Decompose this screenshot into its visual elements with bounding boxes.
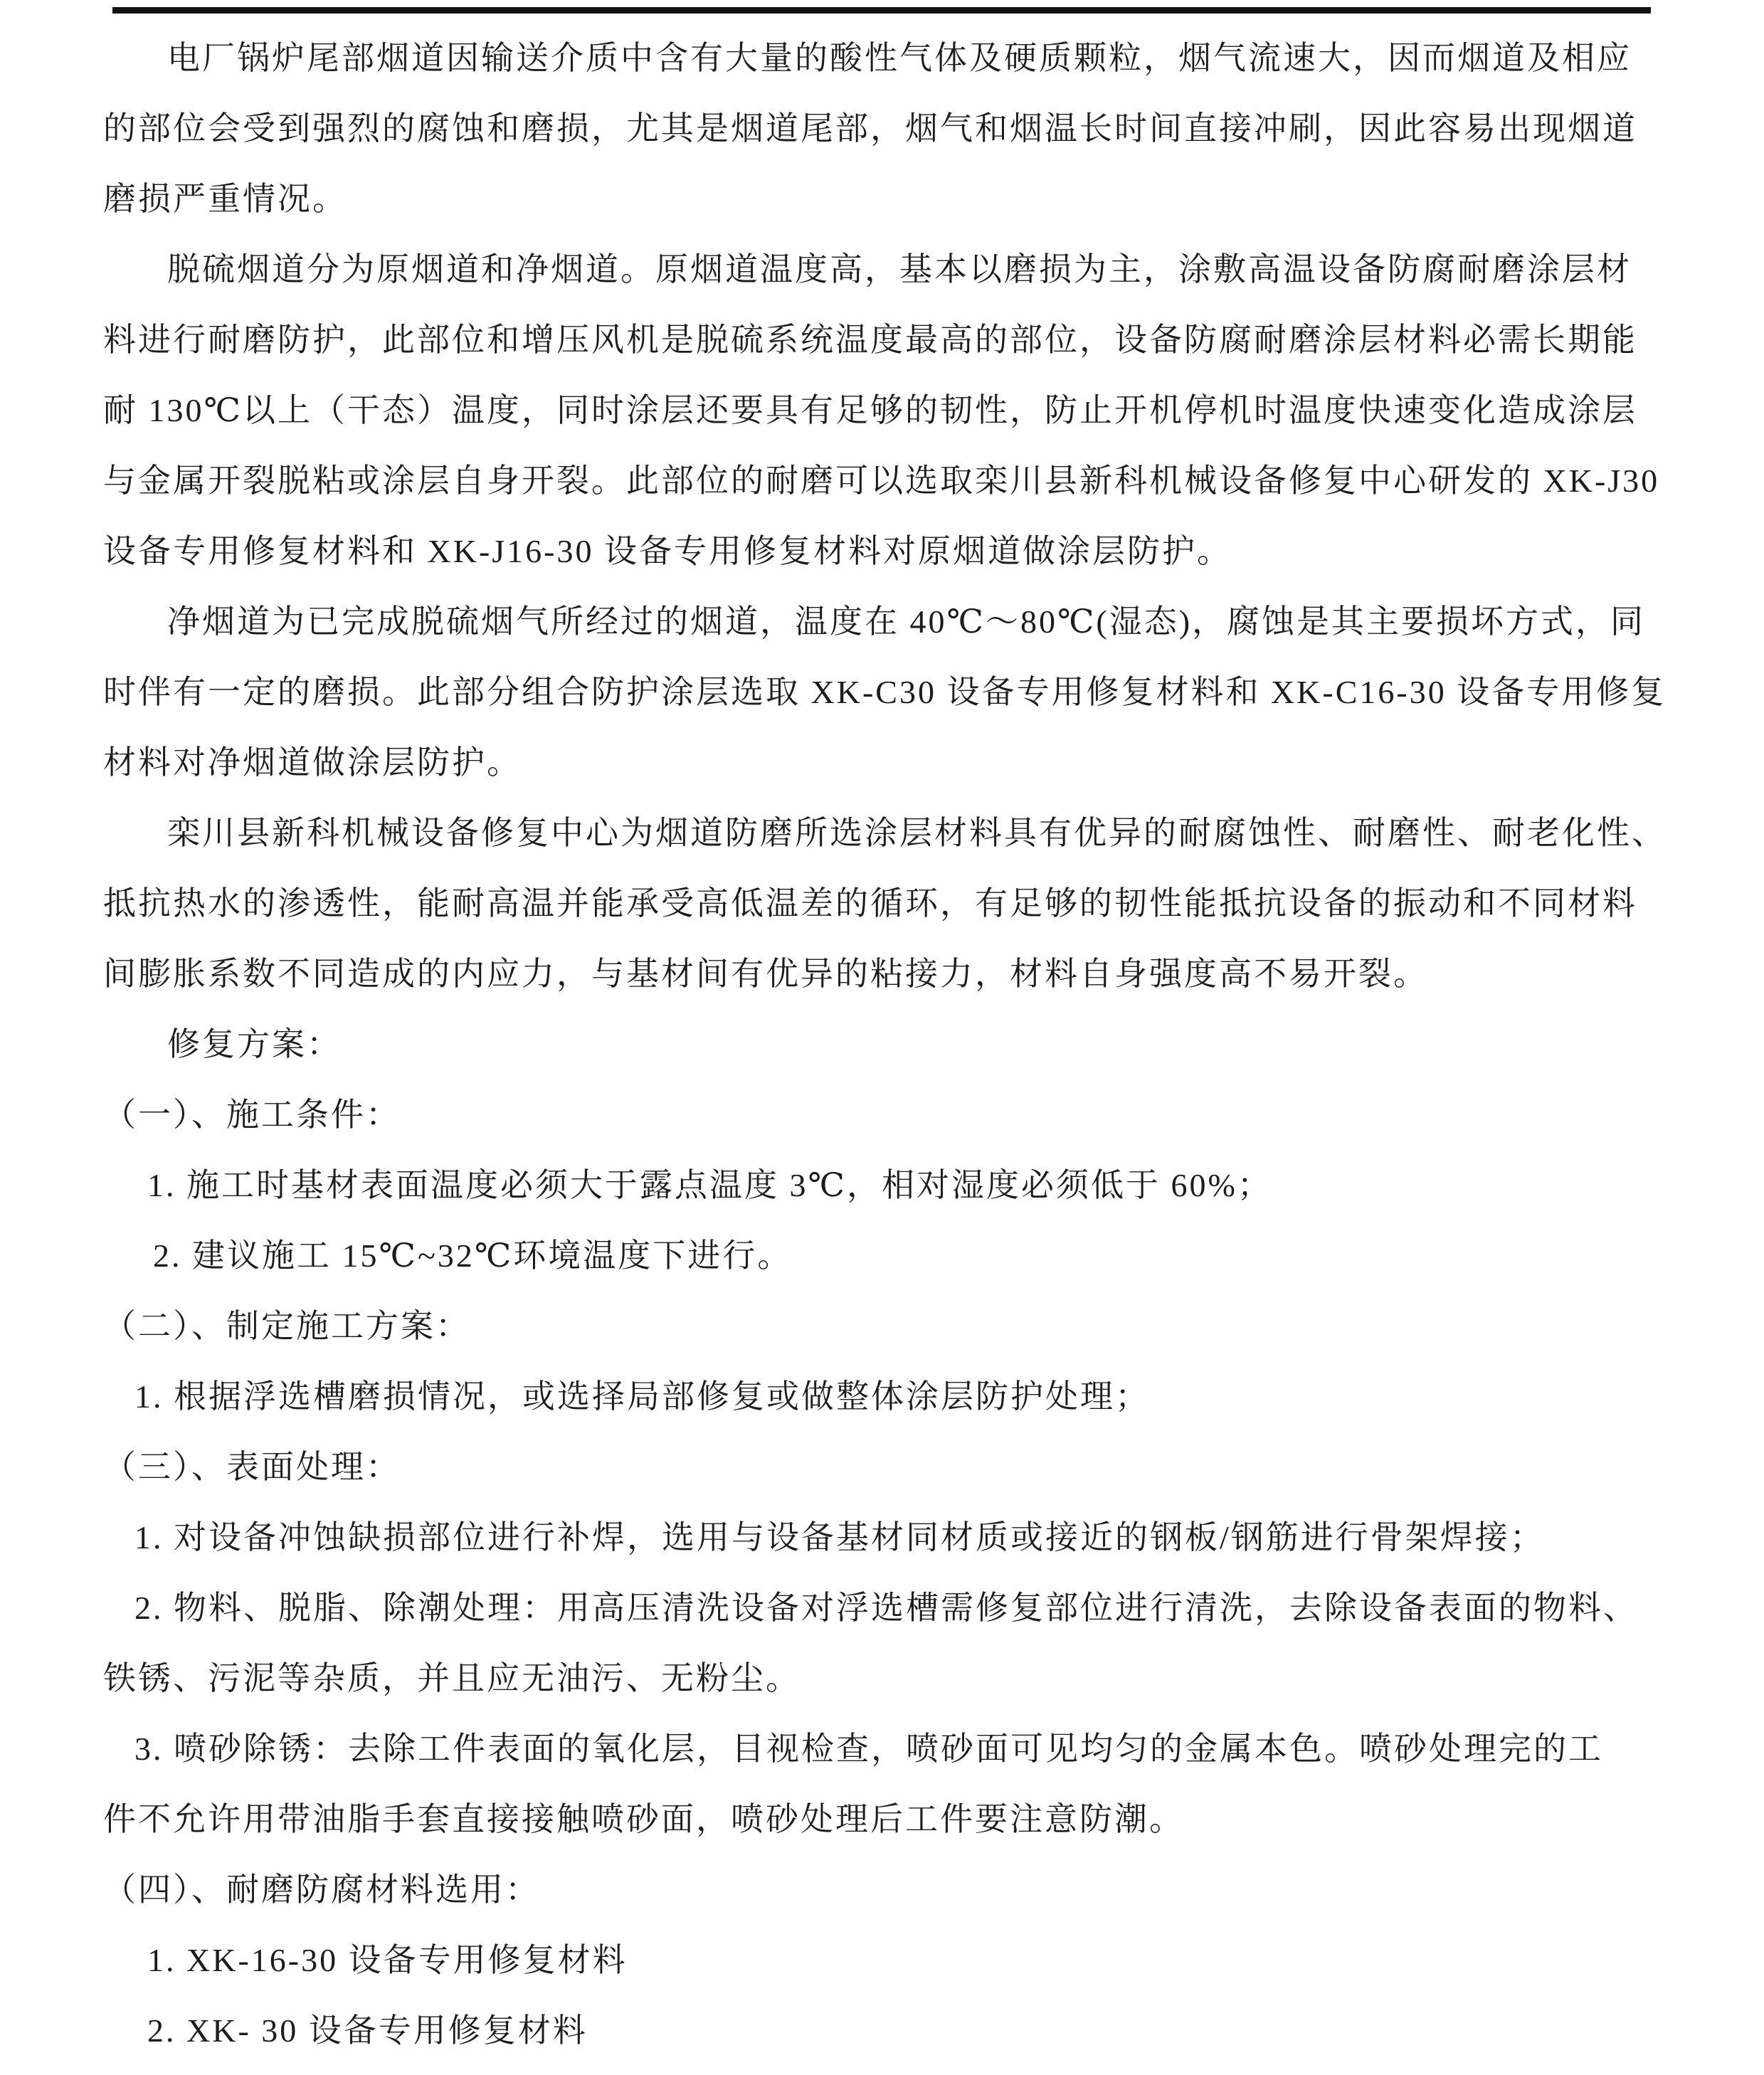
- text-line: 电厂锅炉尾部烟道因输送介质中含有大量的酸性气体及硬质颗粒，烟气流速大，因而烟道及…: [103, 23, 1669, 93]
- text-line: 栾川县新科机械设备修复中心为烟道防磨所选涂层材料具有优异的耐腐蚀性、耐磨性、耐老…: [103, 798, 1669, 868]
- text-line: 间膨胀系数不同造成的内应力，与基材间有优异的粘接力，材料自身强度高不易开裂。: [103, 939, 1669, 1009]
- text-line: 设备专用修复材料和 XK-J16-30 设备专用修复材料对原烟道做涂层防护。: [103, 516, 1669, 586]
- text-line: 磨损严重情况。: [103, 164, 1669, 234]
- text-line: 净烟道为已完成脱硫烟气所经过的烟道，温度在 40℃～80℃(湿态)，腐蚀是其主要…: [103, 586, 1669, 657]
- text-line: 材料对净烟道做涂层防护。: [103, 727, 1669, 798]
- text-line: 件不允许用带油脂手套直接接触喷砂面，喷砂处理后工件要注意防潮。: [103, 1784, 1669, 1854]
- text-line: 抵抗热水的渗透性，能耐高温并能承受高低温差的循环，有足够的韧性能抵抗设备的振动和…: [103, 868, 1669, 939]
- text-line: 2. XK- 30 设备专用修复材料: [103, 1995, 1669, 2066]
- text-line: 1. 对设备冲蚀缺损部位进行补焊，选用与设备基材同材质或接近的钢板/钢筋进行骨架…: [103, 1502, 1669, 1573]
- text-line: 修复方案：: [103, 1009, 1669, 1079]
- header-rule: [112, 7, 1651, 14]
- text-line: 1. 根据浮选槽磨损情况，或选择局部修复或做整体涂层防护处理；: [103, 1361, 1669, 1432]
- text-line: 耐 130℃以上（干态）温度，同时涂层还要具有足够的韧性，防止开机停机时温度快速…: [103, 375, 1669, 445]
- text-line: （三）、表面处理：: [103, 1432, 1669, 1502]
- text-line: 1. 施工时基材表面温度必须大于露点温度 3℃，相对湿度必须低于 60%；: [103, 1150, 1669, 1220]
- text-line: 脱硫烟道分为原烟道和净烟道。原烟道温度高，基本以磨损为主，涂敷高温设备防腐耐磨涂…: [103, 234, 1669, 305]
- text-line: 3. 喷砂除锈：去除工件表面的氧化层，目视检查，喷砂面可见均匀的金属本色。喷砂处…: [103, 1714, 1669, 1784]
- text-line: （一）、施工条件：: [103, 1079, 1669, 1150]
- text-line: 与金属开裂脱粘或涂层自身开裂。此部位的耐磨可以选取栾川县新科机械设备修复中心研发…: [103, 445, 1669, 516]
- text-line: 铁锈、污泥等杂质，并且应无油污、无粉尘。: [103, 1643, 1669, 1714]
- text-line: 时伴有一定的磨损。此部分组合防护涂层选取 XK-C30 设备专用修复材料和 XK…: [103, 657, 1669, 727]
- text-line: （四）、耐磨防腐材料选用：: [103, 1854, 1669, 1925]
- document-page: 电厂锅炉尾部烟道因输送介质中含有大量的酸性气体及硬质颗粒，烟气流速大，因而烟道及…: [0, 0, 1764, 2075]
- text-line: 的部位会受到强烈的腐蚀和磨损，尤其是烟道尾部，烟气和烟温长时间直接冲刷，因此容易…: [103, 93, 1669, 164]
- text-line: 2. 物料、脱脂、除潮处理：用高压清洗设备对浮选槽需修复部位进行清洗，去除设备表…: [103, 1573, 1669, 1643]
- text-line: 2. 建议施工 15℃~32℃环境温度下进行。: [103, 1220, 1669, 1291]
- document-content: 电厂锅炉尾部烟道因输送介质中含有大量的酸性气体及硬质颗粒，烟气流速大，因而烟道及…: [103, 23, 1669, 2066]
- text-line: 料进行耐磨防护，此部位和增压风机是脱硫系统温度最高的部位，设备防腐耐磨涂层材料必…: [103, 305, 1669, 375]
- text-line: 1. XK-16-30 设备专用修复材料: [103, 1925, 1669, 1995]
- text-line: （二）、制定施工方案：: [103, 1291, 1669, 1361]
